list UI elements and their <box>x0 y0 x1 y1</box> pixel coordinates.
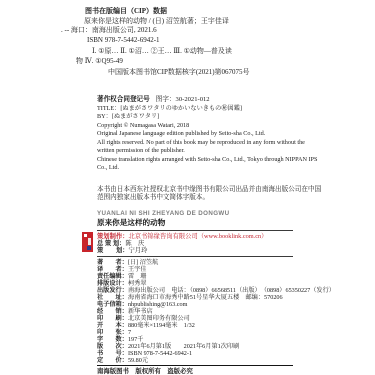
booklink-logo <box>82 232 93 252</box>
cip-block: 图书在版编目（CIP）数据 原来你是这样的动物 / (日) 沼笠航著；王宇佳译 … <box>61 7 321 78</box>
producer-value: 宁月玲 <box>128 247 147 254</box>
colophon-row: 电子信箱：nhpublishing@163.com <box>97 301 293 308</box>
chinese-license-notice: 本书由日本西东社授权北京书中缘图书有限公司出品并由南海出版公司在中国 范围内独家… <box>97 186 293 203</box>
colophon-label: 印 刷： <box>97 315 128 322</box>
colophon-value: 柯秀翠 <box>128 280 147 287</box>
rights-lines: TITLE：[ぬまがさワタリのゆかいないきもの㊙図鑑] BY：[ぬまがさワタリ]… <box>97 105 293 173</box>
colophon-value: 197千 <box>128 336 143 343</box>
colophon-value: 雷 珊 <box>128 273 147 280</box>
colophon-label: 印 张： <box>97 329 128 336</box>
cip-classification-line2: 物 Ⅳ. ①Q95-49 <box>61 57 321 67</box>
colophon-row: 定 价：59.80元 <box>97 357 293 364</box>
colophon-row: 责任编辑：雷 珊 <box>97 273 293 280</box>
cip-record-number: 中国版本图书馆CIP数据核字(2021)第067075号 <box>61 68 321 78</box>
colophon-row: 经 销：新华书店 <box>97 308 293 315</box>
colophon-label: 著 者： <box>97 259 128 266</box>
colophon-label: 译 者： <box>97 266 128 273</box>
cip-header: 图书在版编目（CIP）数据 <box>61 7 321 17</box>
colophon-value: 59.80元 <box>128 357 148 364</box>
rights-line: Copyright © Numagasa Watari, 2018 <box>97 122 293 131</box>
booklink-logo-mark-2 <box>88 238 91 245</box>
colophon-value: ISBN 978-7-5442-6942-1 <box>128 350 192 357</box>
booklink-logo-mark-3 <box>87 246 91 250</box>
colophon-row: 译 者：王宇佳 <box>97 266 293 273</box>
rights-registration-label: 著作权合同登记号 <box>97 96 150 103</box>
colophon-value: 新华书店 <box>128 308 153 315</box>
footer-divider <box>97 365 293 366</box>
colophon-label: 字 数： <box>97 336 128 343</box>
rights-line: written permission of the publisher. <box>97 147 293 156</box>
chinese-license-notice-line: 本书由日本西东社授权北京书中缘图书有限公司出品并由南海出版公司在中国 <box>97 186 293 195</box>
colophon-row: 印 刷：北京美图印务有限公司 <box>97 315 293 322</box>
producer-value: 北京书锦缘咨询有限公司（www.booklink.com.cn） <box>128 233 267 240</box>
colophon-label: 排版设计： <box>97 280 128 287</box>
colophon-row: 版 次：2021年6月第1版 2021年6月第1次印刷 <box>97 343 293 350</box>
main-column: 著作权合同登记号图字：30-2021-012 TITLE：[ぬまがさワタリのゆか… <box>97 96 293 375</box>
colophon-label: 定 价： <box>97 357 128 364</box>
cip-title-statement: 原来你是这样的动物 / (日) 沼笠航著；王宇佳译 <box>61 17 321 27</box>
colophon-row: 著 者：[日] 沼笠航 <box>97 259 293 266</box>
rights-line: BY：[ぬまがさワタリ] <box>97 113 293 122</box>
colophon-value: 王宇佳 <box>128 266 147 273</box>
colophon-row: 字 数：197千 <box>97 336 293 343</box>
producer-row-planning: 策划制作：北京书锦缘咨询有限公司（www.booklink.com.cn） <box>97 233 293 240</box>
cip-classification-line1: Ⅰ. ①原… Ⅱ. ①沼… ②王… Ⅲ. ①动物—普及读 <box>61 47 321 57</box>
producer-row-planner: 策 划：宁月玲 <box>97 247 293 254</box>
producer-box: 策划制作：北京书锦缘咨询有限公司（www.booklink.com.cn） 总 … <box>97 230 293 257</box>
book-copyright-page: 图书在版编目（CIP）数据 原来你是这样的动物 / (日) 沼笠航著；王宇佳译 … <box>0 0 375 375</box>
producer-label: 策 划： <box>97 247 128 254</box>
title-block: YUANLAI NI SHI ZHEYANG DE DONGWU 原来你是这样的… <box>97 210 293 228</box>
colophon-row: 印 张：7 <box>97 329 293 336</box>
colophon-row: 排版设计：柯秀翠 <box>97 280 293 287</box>
colophon-label: 经 销： <box>97 308 128 315</box>
colophon-label: 电子信箱： <box>97 301 128 308</box>
chinese-license-notice-line: 范围内独家出版本书中文简体字版本。 <box>97 194 293 203</box>
rights-registration-line: 著作权合同登记号图字：30-2021-012 <box>97 96 293 105</box>
rights-line: Co., Ltd. <box>97 164 293 173</box>
colophon-row: 社 址：海南省海口市海秀中路51号星华大厦五楼 邮编：570206 <box>97 294 293 301</box>
colophon-label: 出版发行： <box>97 287 128 294</box>
rights-line: All rights reserved. No part of this boo… <box>97 139 293 148</box>
cip-isbn: ISBN 978-7-5442-6942-1 <box>61 36 321 46</box>
colophon-label: 责任编辑： <box>97 273 128 280</box>
colophon-label: 版 次： <box>97 343 128 350</box>
colophon-row: 开 本：880毫米×1194毫米 1/32 <box>97 322 293 329</box>
colophon-value: 南海出版公司 电话：（0898）66568511（出版） （0898）65350… <box>128 287 335 294</box>
booklink-logo-mark-1 <box>84 234 87 237</box>
colophon-value: 海南省海口市海秀中路51号星华大厦五楼 邮编：570206 <box>128 294 283 301</box>
colophon-value: 880毫米×1194毫米 1/32 <box>128 322 195 329</box>
colophon-value: 北京美图印务有限公司 <box>128 315 190 322</box>
cip-publication: . -- 海口：南海出版公司, 2021.6 <box>61 26 321 36</box>
colophon-label: 书 号： <box>97 350 128 357</box>
colophon-value: [日] 沼笠航 <box>128 259 158 266</box>
book-title-pinyin: YUANLAI NI SHI ZHEYANG DE DONGWU <box>97 210 293 218</box>
colophon-value: 7 <box>128 329 131 336</box>
colophon-row: 出版发行：南海出版公司 电话：（0898）66568511（出版） （0898）… <box>97 287 293 294</box>
book-title-chinese: 原来你是这样的动物 <box>97 218 293 228</box>
rights-line: TITLE：[ぬまがさワタリのゆかいないきもの㊙図鑑] <box>97 105 293 114</box>
colophon-label: 社 址： <box>97 294 128 301</box>
colophon-value: nhpublishing@163.com <box>128 301 188 308</box>
colophon-label: 开 本： <box>97 322 128 329</box>
anti-piracy-notice: 南海版图书 版权所有 盗版必究 <box>97 368 293 375</box>
rights-line: Chinese translation rights arranged with… <box>97 156 293 165</box>
producer-row-chief-planner: 总 策 划：陈 庆 <box>97 240 293 247</box>
producer-value: 陈 庆 <box>125 240 144 247</box>
colophon-row: 书 号：ISBN 978-7-5442-6942-1 <box>97 350 293 357</box>
producer-label: 总 策 划： <box>97 240 125 247</box>
colophon-list: 著 者：[日] 沼笠航 译 者：王宇佳 责任编辑：雷 珊 排版设计：柯秀翠 出版… <box>97 259 293 364</box>
colophon-value: 2021年6月第1版 2021年6月第1次印刷 <box>128 343 239 350</box>
rights-line: Original Japanese language edition publi… <box>97 130 293 139</box>
rights-registration-number: 图字：30-2021-012 <box>156 96 210 103</box>
producer-label: 策划制作： <box>97 233 128 240</box>
